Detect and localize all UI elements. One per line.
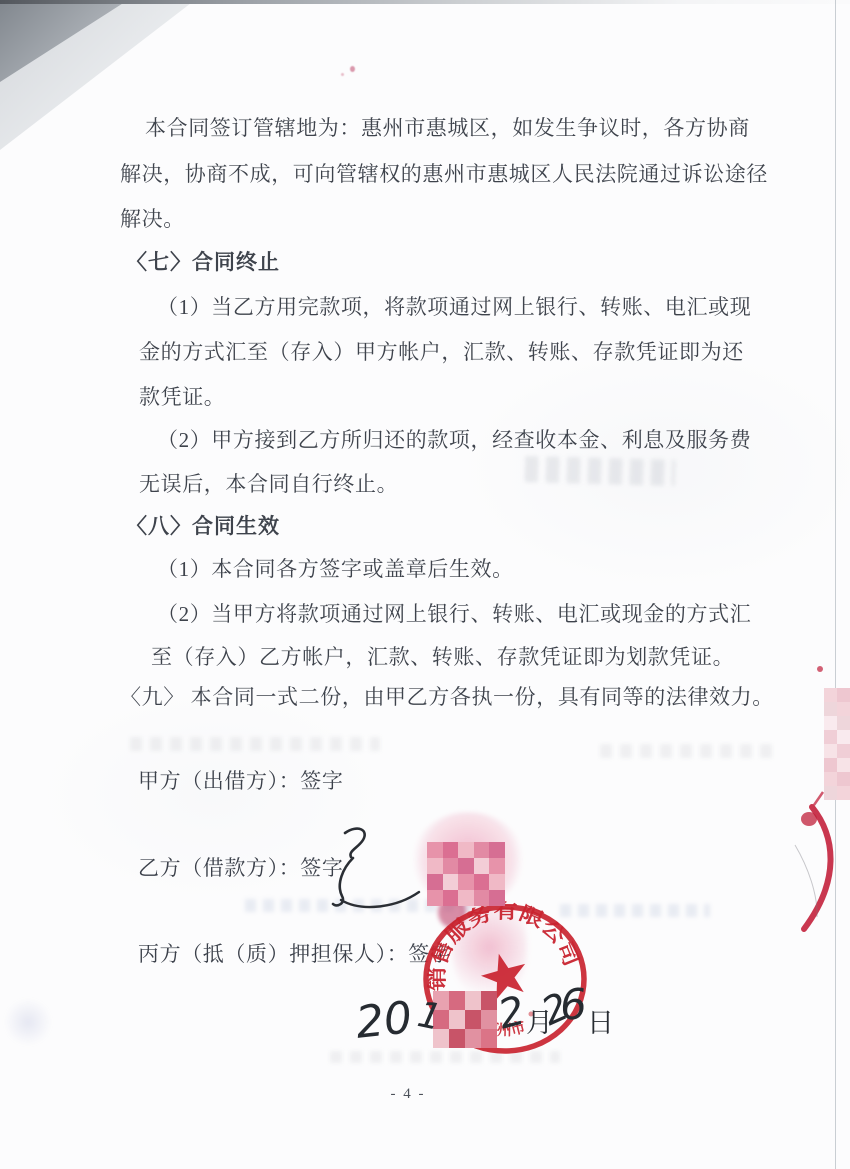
party-a-signature-label: 甲方（出借方）：签字: [138, 765, 344, 795]
section-heading-termination: 〈七〉合同终止: [126, 246, 280, 276]
contract-line: （2）当甲方将款项通过网上银行、转账、电汇或现金的方式汇: [157, 598, 751, 628]
contract-line: 本合同签订管辖地为：惠州市惠城区，如发生争议时，各方协商: [145, 112, 750, 142]
contract-line: 解决。: [120, 203, 185, 233]
party-b-signature-label: 乙方（借款方）：签字: [138, 852, 344, 882]
scan-top-edge-shadow: [0, 0, 850, 4]
bleed-through-ghost: [600, 744, 780, 758]
bleed-through-ghost: [130, 737, 380, 751]
contract-line: 解决，协商不成，可向管辖权的惠州市惠城区人民法院通过诉讼途径: [120, 158, 768, 188]
handwritten-year: 20: [353, 992, 414, 1049]
red-ink-speck: [350, 66, 355, 72]
contract-line: 至（存入）乙方帐户，汇款、转账、存款凭证即为划款凭证。: [151, 641, 734, 671]
page-number: - 4 -: [358, 1086, 458, 1103]
scan-smudge: [4, 998, 52, 1046]
party-c-signature-label: 丙方（抵（质）押担保人）：签字: [138, 938, 452, 968]
contract-line: （2）甲方接到乙方所归还的款项，经查收本金、利息及服务费: [157, 424, 751, 454]
handwritten-day-digit-2: 6: [558, 979, 588, 1030]
contract-line: 款凭证。: [139, 381, 225, 411]
page-edge-line: [835, 0, 836, 1169]
red-ink-speck: [341, 73, 344, 76]
redaction-mosaic-signature: [427, 842, 505, 906]
contract-line: 〈九〉 本合同一式二份，由甲乙方各执一份，具有同等的法律效力。: [120, 681, 774, 711]
contract-line: 金的方式汇至（存入）甲方帐户，汇款、转账、存款凭证即为还: [139, 336, 744, 366]
contract-line: （1）本合同各方签字或盖章后生效。: [157, 553, 514, 583]
bleed-through-ghost: [525, 456, 676, 486]
contract-line: 无误后，本合同自行终止。: [139, 468, 398, 498]
handwritten-day-label: 日: [587, 1001, 614, 1040]
red-ink-stroke: [790, 655, 850, 945]
scanned-contract-page: 本合同签订管辖地为：惠州市惠城区，如发生争议时，各方协商 解决，协商不成，可向管…: [0, 0, 850, 1169]
contract-line: （1）当乙方用完款项，将款项通过网上银行、转账、电汇或现: [157, 291, 751, 321]
section-heading-effectiveness: 〈八〉合同生效: [126, 510, 280, 540]
